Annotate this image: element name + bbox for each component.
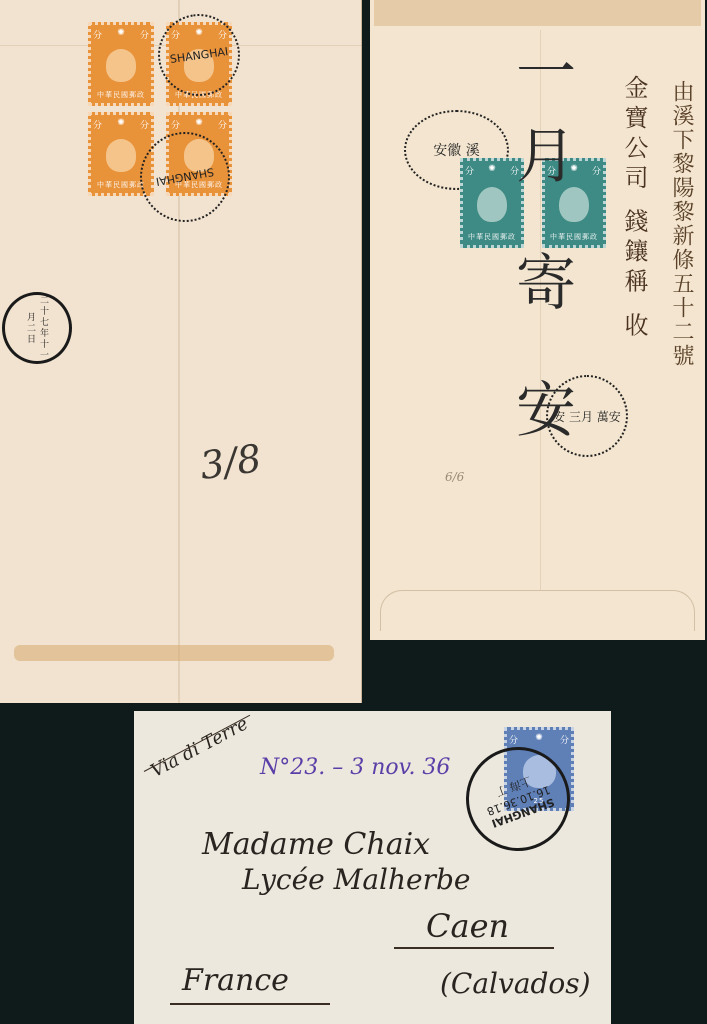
postmark-text: SHANGHAI bbox=[169, 44, 229, 65]
stamp-label: 分 bbox=[140, 28, 149, 41]
stamp-label: 分 bbox=[140, 118, 149, 131]
stamp-label: 分 bbox=[592, 164, 601, 177]
stamp-label: 分 bbox=[560, 733, 569, 746]
routing-note: Via di Terre bbox=[147, 713, 251, 782]
bottom-cover: Via di Terre N°23. – 3 nov. 36 分✺分 25 SH… bbox=[134, 711, 611, 1024]
address-country: France bbox=[182, 963, 289, 998]
stamp-label: 分 bbox=[465, 164, 474, 177]
emblem-icon: ✺ bbox=[117, 118, 125, 131]
stamp-label: 分 bbox=[509, 733, 518, 746]
sender-column: 金寶公司 錢鑲稱 收 bbox=[622, 75, 646, 342]
portrait bbox=[106, 139, 137, 171]
country-underline bbox=[170, 1003, 330, 1005]
emblem-icon: ✺ bbox=[117, 28, 125, 41]
address-name: Madame Chaix bbox=[202, 827, 430, 862]
envelope-flap bbox=[380, 590, 695, 631]
side-postmark: 二十七年十一月二日 bbox=[2, 292, 72, 364]
stamp-label: 分 bbox=[93, 118, 102, 131]
stamp: 分✺分 中華民國郵政 bbox=[88, 22, 154, 106]
right-cover: 安徽 溪 分✺分 中華民國郵政 分✺分 中華民國郵政 安 三月 萬安 一月 寄 … bbox=[370, 0, 705, 640]
city-underline bbox=[394, 947, 554, 949]
routing-underline bbox=[144, 715, 250, 772]
emblem-icon: ✺ bbox=[195, 118, 203, 131]
stamp-label: 分 bbox=[93, 28, 102, 41]
portrait bbox=[106, 49, 137, 81]
emblem-icon: ✺ bbox=[488, 164, 496, 177]
left-cover: 分✺分 中華民國郵政 分✺分 中華民國郵政 分✺分 中華民國郵政 分✺分 中華民… bbox=[0, 0, 362, 703]
stamp-inscription: 中華民國郵政 bbox=[97, 180, 145, 190]
address-column: 由溪下黎陽黎新條五十二號 bbox=[670, 80, 692, 368]
stamp-label: 分 bbox=[171, 118, 180, 131]
tape-stain bbox=[14, 645, 334, 661]
postmark-text: 安徽 溪 bbox=[433, 140, 479, 160]
stamp-inscription: 中華民國郵政 bbox=[97, 90, 145, 100]
pencil-note: 6/6 bbox=[445, 470, 464, 484]
address-institution: Lycée Malherbe bbox=[242, 863, 470, 896]
address-region: (Calvados) bbox=[440, 967, 591, 1000]
stamp-label: 分 bbox=[218, 118, 227, 131]
pencil-note: 3/8 bbox=[197, 436, 264, 488]
address-city: Caen bbox=[426, 907, 509, 945]
postmark-text: SHANGHAI bbox=[155, 166, 215, 189]
emblem-icon: ✺ bbox=[535, 733, 543, 746]
postmark-date: 二十七年十一月二日 bbox=[24, 295, 50, 361]
brush-address: 一月 寄 安 bbox=[498, 40, 584, 462]
tape-stain bbox=[374, 0, 701, 26]
reference-note: N°23. – 3 nov. 36 bbox=[260, 755, 450, 780]
